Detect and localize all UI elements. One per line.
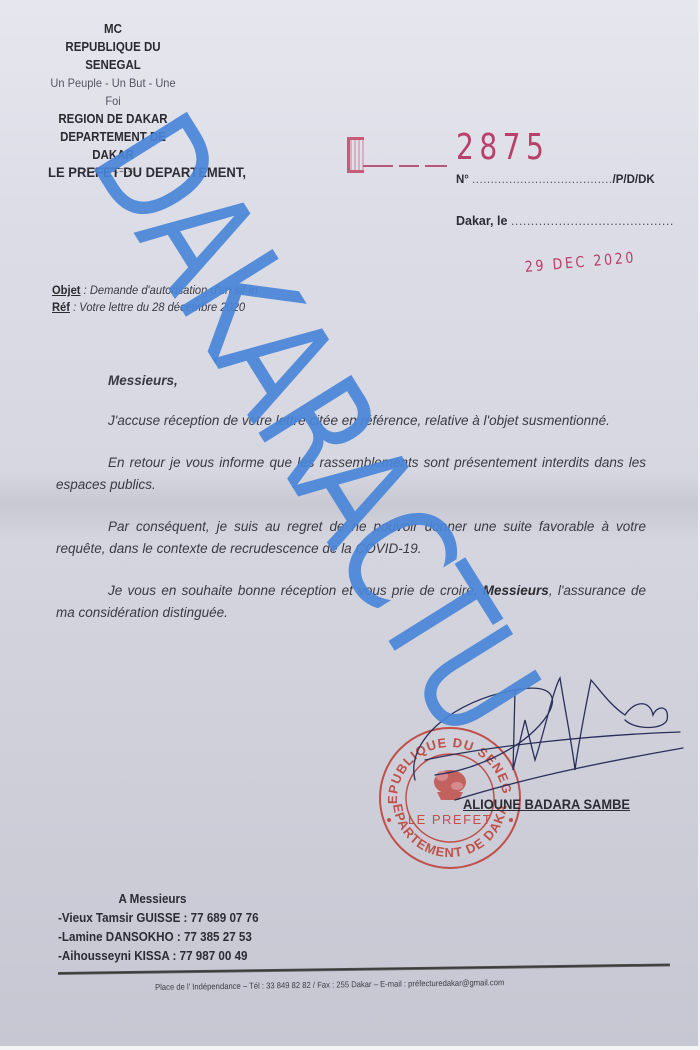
number-suffix: /P/D/DK	[613, 174, 655, 186]
recipients-block: A Messieurs -Vieux Tamsir GUISSE : 77 68…	[58, 890, 259, 966]
recipients-title: A Messieurs	[118, 890, 258, 909]
ref-value: : Votre lettre du 28 décembre 2020	[70, 300, 245, 314]
recipient-item: -Aihousseyni KISSA : 77 987 00 49	[58, 947, 259, 966]
registration-number-stamp: 2875	[456, 127, 549, 168]
national-motto: Un Peuple - Un But - Une Foi	[44, 74, 182, 110]
subject-block: Objet : Demande d'autorisation d'un sit-…	[52, 282, 258, 316]
ministry-code: MC	[44, 20, 182, 38]
ref-label: Réf	[52, 300, 70, 314]
letterhead: MC REPUBLIQUE DU SENEGAL Un Peuple - Un …	[44, 20, 182, 176]
department-name: DEPARTEMENT DE DAKAR	[44, 128, 182, 164]
number-label: N°	[456, 174, 469, 186]
reference-number-line: N° .....................................…	[456, 174, 655, 186]
signatory-name: ALIOUNE BADARA SAMBE	[463, 796, 630, 812]
recipient-item: -Vieux Tamsir GUISSE : 77 689 07 76	[58, 909, 259, 928]
paragraph-acknowledgement: J'accuse réception de votre lettre citée…	[56, 410, 646, 432]
document-page: MC REPUBLIQUE DU SENEGAL Un Peuple - Un …	[0, 0, 700, 1050]
paragraph-information: En retour je vous informe que les rassem…	[56, 452, 646, 496]
recipient-item: -Lamine DANSOKHO : 77 385 27 53	[58, 928, 259, 947]
objet-value: : Demande d'autorisation d'un sit-in	[81, 283, 258, 297]
registration-stamp-mark	[347, 137, 447, 169]
letter-body: Messieurs, J'accuse réception de votre l…	[56, 370, 646, 644]
footer-contact-info: Place de l' Indépendance – Tél : 33 849 …	[155, 977, 504, 992]
paragraph-closing: Je vous en souhaite bonne réception et v…	[56, 580, 646, 624]
region-name: REGION DE DAKAR	[44, 110, 182, 128]
country-name: REPUBLIQUE DU SENEGAL	[44, 38, 182, 74]
objet-label: Objet	[52, 283, 81, 297]
date-line: Dakar, le ..............................…	[456, 214, 674, 228]
sender-title: LE PREFET DU DEPARTEMENT,	[48, 164, 246, 180]
paragraph-refusal: Par conséquent, je suis au regret de ne …	[56, 516, 646, 560]
date-label: Dakar, le	[456, 214, 507, 228]
date-stamp: 29 DEC 2020	[524, 248, 637, 276]
salutation: Messieurs,	[108, 370, 646, 392]
